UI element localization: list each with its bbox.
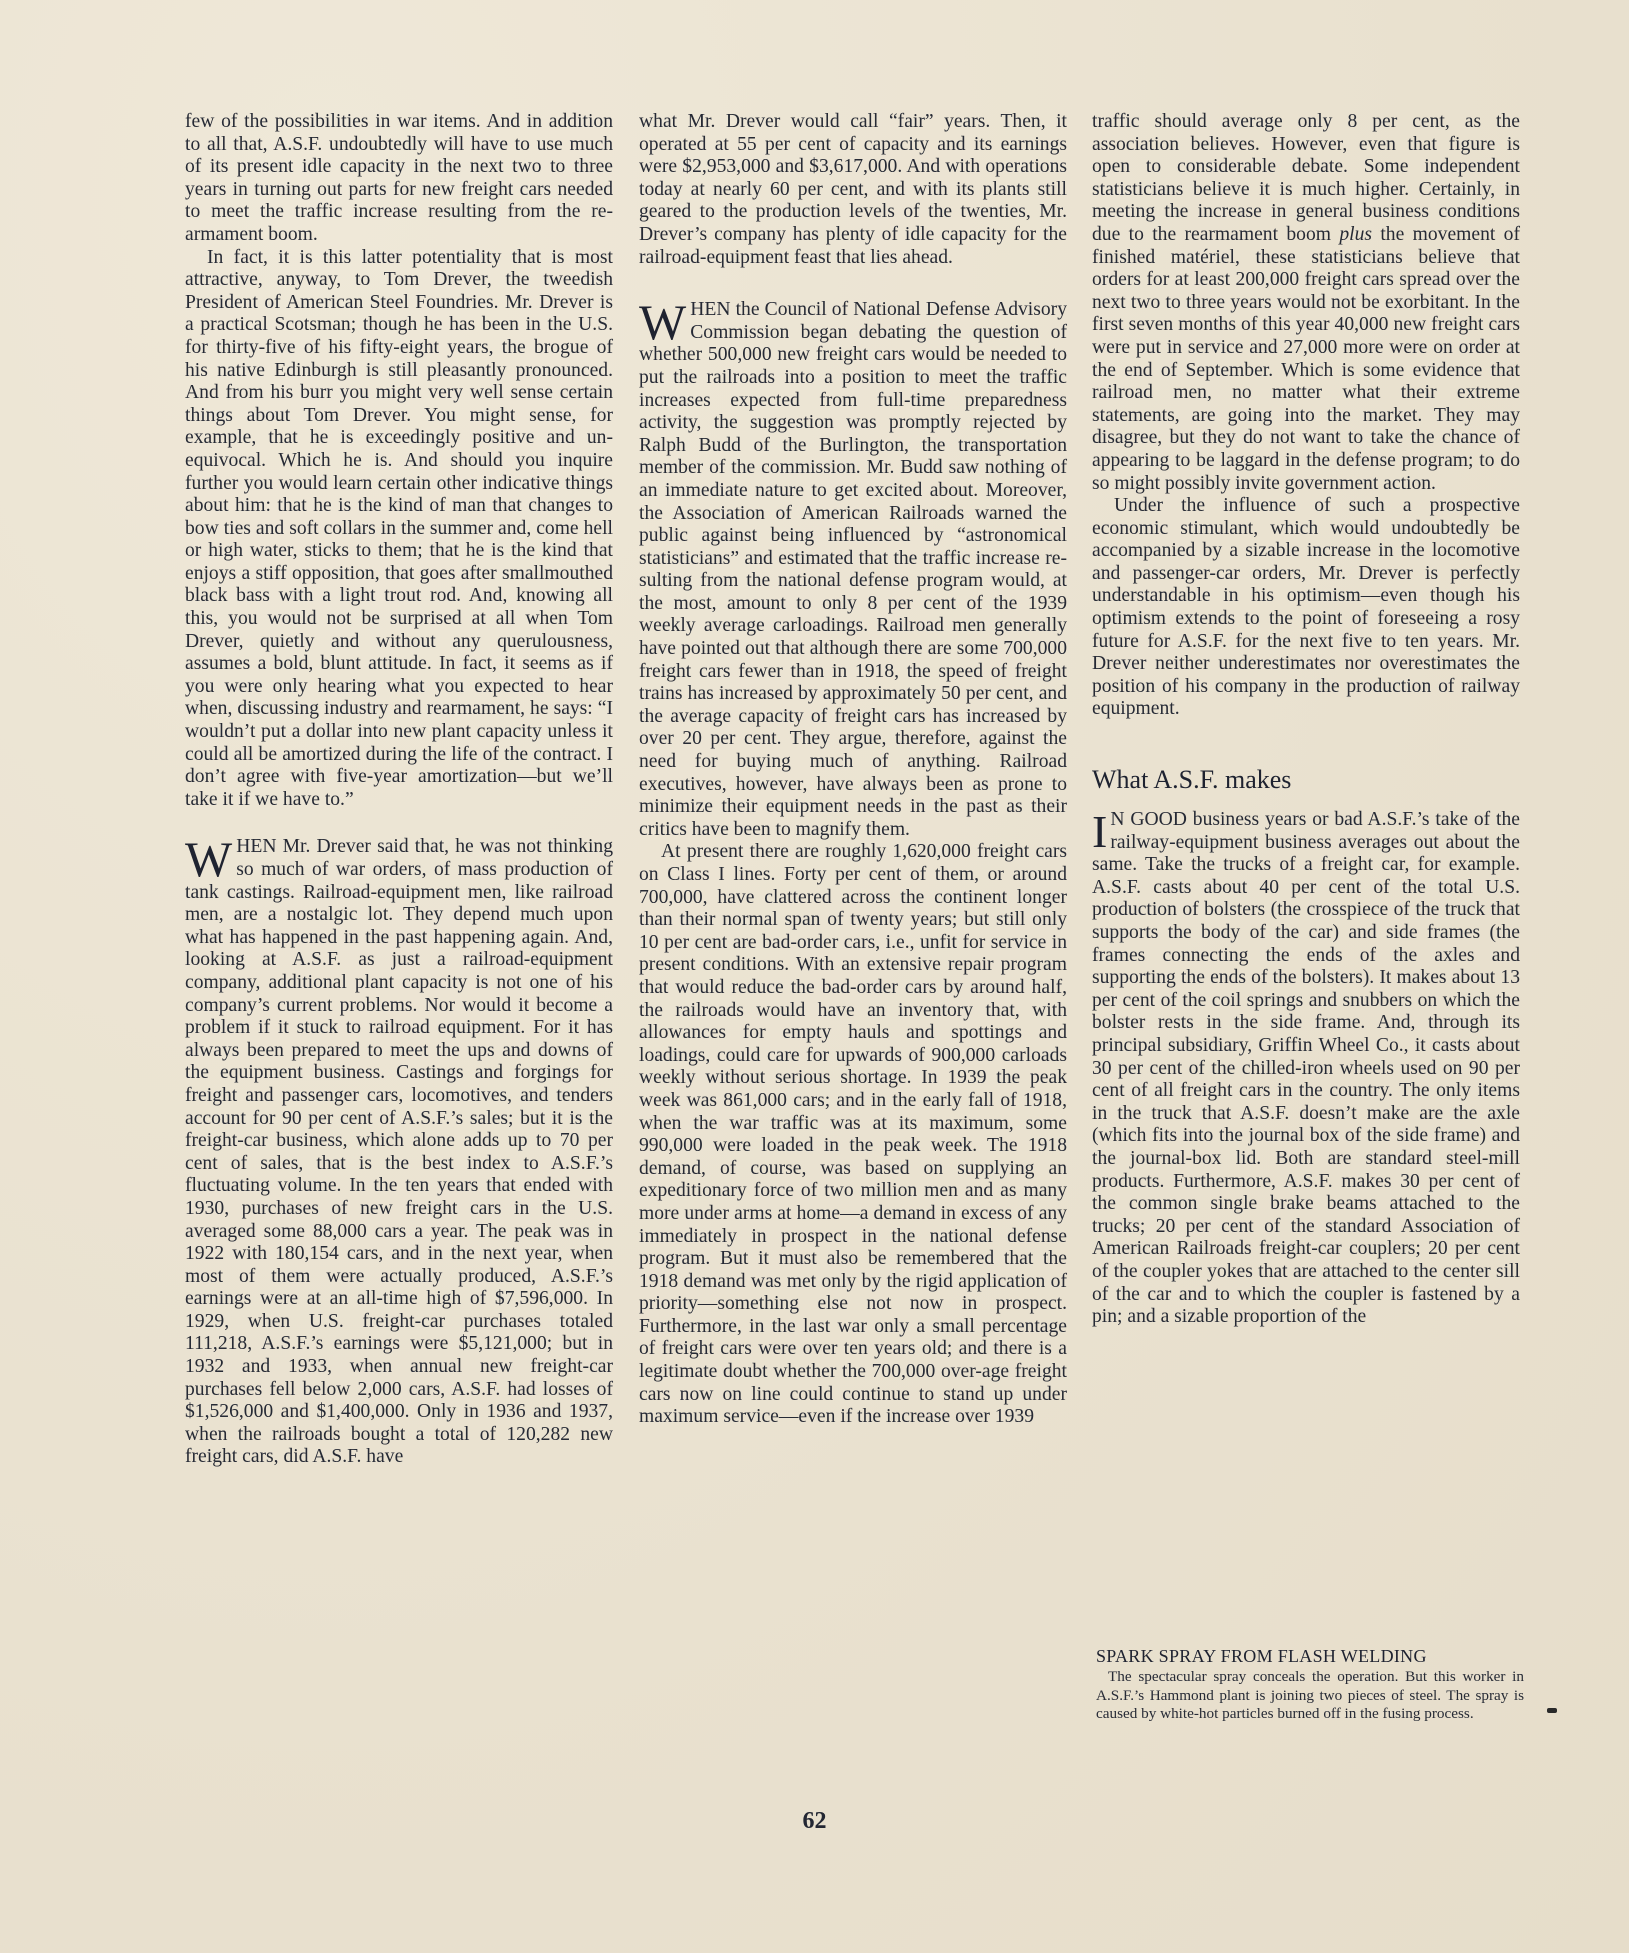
- paragraph-text: N GOOD business years or bad A.S.F.’s ta…: [1092, 809, 1520, 1327]
- dropcap-letter: I: [1092, 812, 1107, 852]
- paragraph-with-dropcap: WHEN the Council of National De­fense Ad…: [639, 299, 1067, 841]
- section-subheading: What A.S.F. makes: [1092, 765, 1520, 795]
- paragraph-text: HEN the Council of National De­fense Adv…: [639, 299, 1067, 840]
- paragraph: In fact, it is this latter potentiality …: [185, 247, 613, 812]
- italic-emphasis: plus: [1339, 224, 1372, 245]
- article-column-2: what Mr. Drever would call “fair” years.…: [639, 111, 1067, 1429]
- paragraph-text: HEN Mr. Drever said that, he was not thi…: [185, 836, 613, 1467]
- pointer-arrow-icon: [1547, 1708, 1557, 1713]
- photo-caption: SPARK SPRAY FROM FLASH WELDING The spect…: [1096, 1644, 1524, 1724]
- paragraph: Under the influence of such a prospec­ti…: [1092, 495, 1520, 721]
- paragraph-with-dropcap: IN GOOD business years or bad A.S.F.’s t…: [1092, 809, 1520, 1329]
- dropcap-letter: W: [639, 302, 686, 342]
- dropcap-letter: W: [185, 839, 232, 879]
- paragraph-text: the movement of finished matériel, these…: [1092, 224, 1520, 494]
- paragraph: what Mr. Drever would call “fair” years.…: [639, 111, 1067, 269]
- paragraph-with-dropcap: WHEN Mr. Drever said that, he was not th…: [185, 836, 613, 1469]
- page-number: 62: [0, 1808, 1629, 1835]
- paragraph: At present there are roughly 1,620,000 f…: [639, 841, 1067, 1428]
- caption-text: The spectacular spray conceals the opera…: [1096, 1668, 1524, 1724]
- paragraph: few of the possibilities in war items. A…: [185, 111, 613, 247]
- article-column-1: few of the possibilities in war items. A…: [185, 111, 613, 1469]
- article-column-3: traffic should average only 8 per cent, …: [1092, 111, 1520, 1329]
- paragraph: traffic should average only 8 per cent, …: [1092, 111, 1520, 495]
- caption-title: SPARK SPRAY FROM FLASH WELDING: [1096, 1644, 1524, 1668]
